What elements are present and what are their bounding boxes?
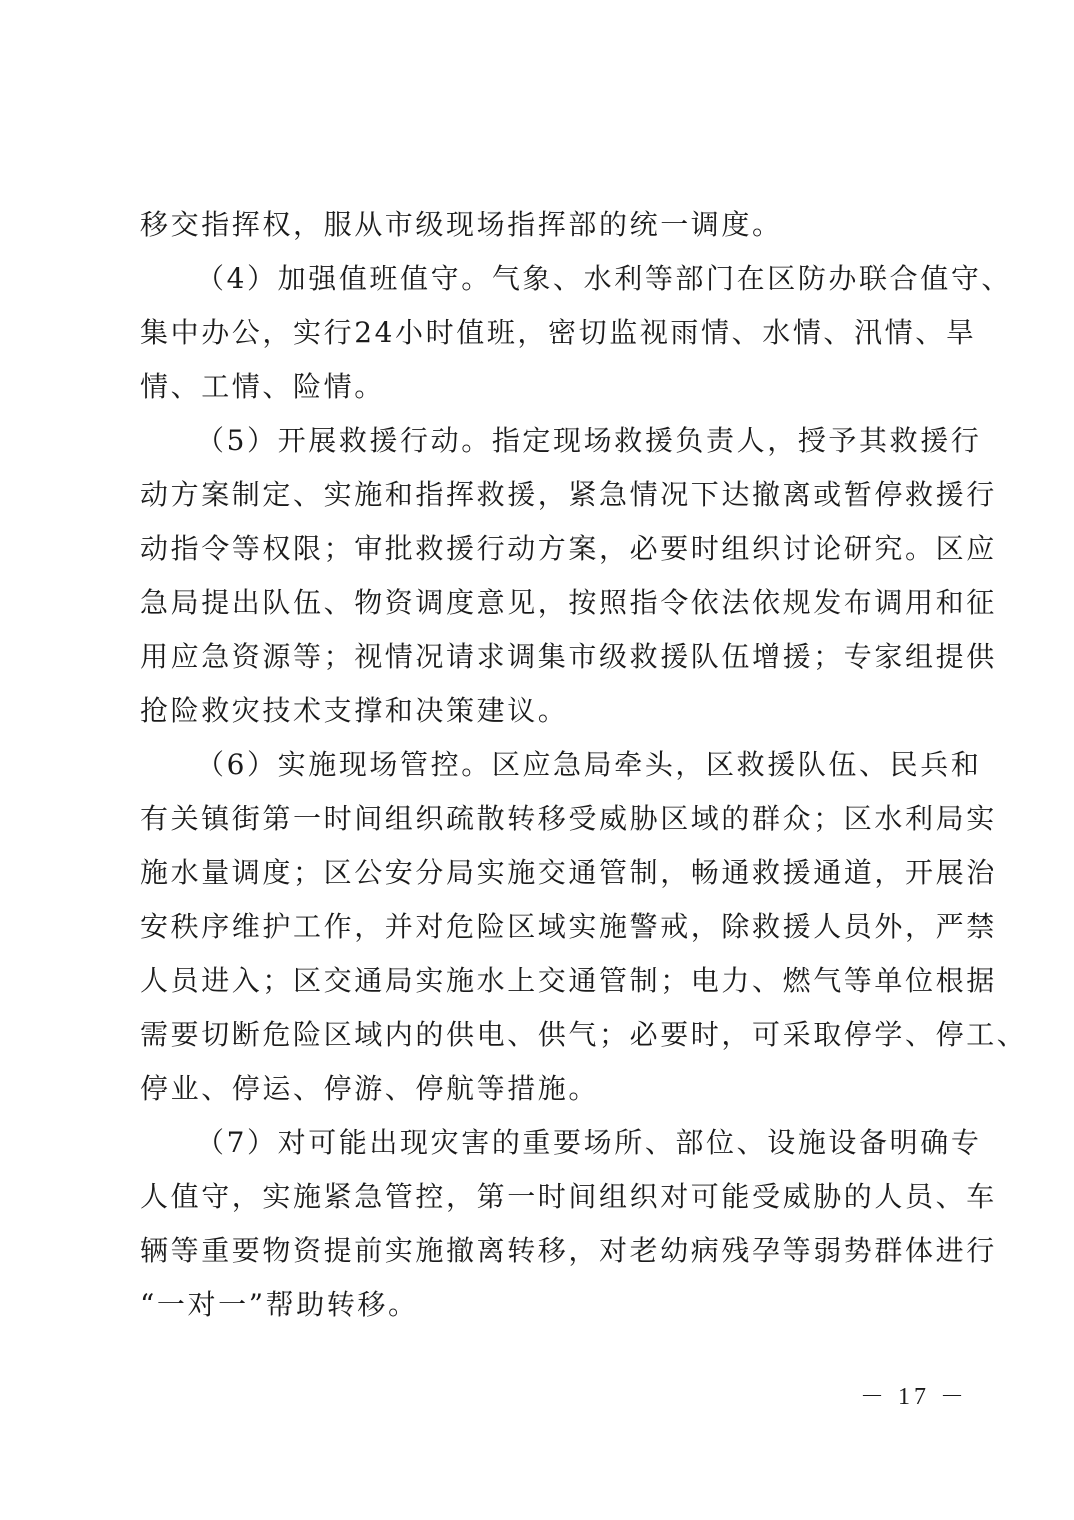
text-line: 动指令等权限；审批救援行动方案，必要时组织讨论研究。区应 [140,529,940,569]
text-line: 用应急资源等；视情况请求调集市级救援队伍增援；专家组提供 [140,637,940,677]
text-line: 动方案制定、实施和指挥救援，紧急情况下达撤离或暂停救援行 [140,475,940,515]
paragraph-4-start: （4）加强值班值守。气象、水利等部门在区防办联合值守、 [196,259,940,299]
text-line: 安秩序维护工作，并对危险区域实施警戒，除救援人员外，严禁 [140,907,940,947]
text-line: 施水量调度；区公安分局实施交通管制，畅通救援通道，开展治 [140,853,940,893]
paragraph-6-start: （6）实施现场管控。区应急局牵头，区救援队伍、民兵和 [196,745,940,785]
text-line: 辆等重要物资提前实施撤离转移，对老幼病残孕等弱势群体进行 [140,1231,940,1271]
text-line: 有关镇街第一时间组织疏散转移受威胁区域的群众；区水利局实 [140,799,940,839]
text-line: 停业、停运、停游、停航等措施。 [140,1069,940,1109]
text-line: 人值守，实施紧急管控，第一时间组织对可能受威胁的人员、车 [140,1177,940,1217]
text-line: 移交指挥权，服从市级现场指挥部的统一调度。 [140,205,940,245]
text-line: 人员进入；区交通局实施水上交通管制；电力、燃气等单位根据 [140,961,940,1001]
paragraph-7-start: （7）对可能出现灾害的重要场所、部位、设施设备明确专 [196,1123,940,1163]
document-page: 移交指挥权，服从市级现场指挥部的统一调度。 （4）加强值班值守。气象、水利等部门… [0,0,1074,1520]
text-line: “一对一”帮助转移。 [140,1285,940,1325]
page-number: － 17 － [860,1376,968,1411]
text-line: 情、工情、险情。 [140,367,940,407]
text-line: 抢险救灾技术支撑和决策建议。 [140,691,940,731]
text-line: 急局提出队伍、物资调度意见，按照指令依法依规发布调用和征 [140,583,940,623]
paragraph-5-start: （5）开展救援行动。指定现场救援负责人，授予其救援行 [196,421,940,461]
text-line: 集中办公，实行24小时值班，密切监视雨情、水情、汛情、旱 [140,313,940,353]
text-line: 需要切断危险区域内的供电、供气；必要时，可采取停学、停工、 [140,1015,940,1055]
